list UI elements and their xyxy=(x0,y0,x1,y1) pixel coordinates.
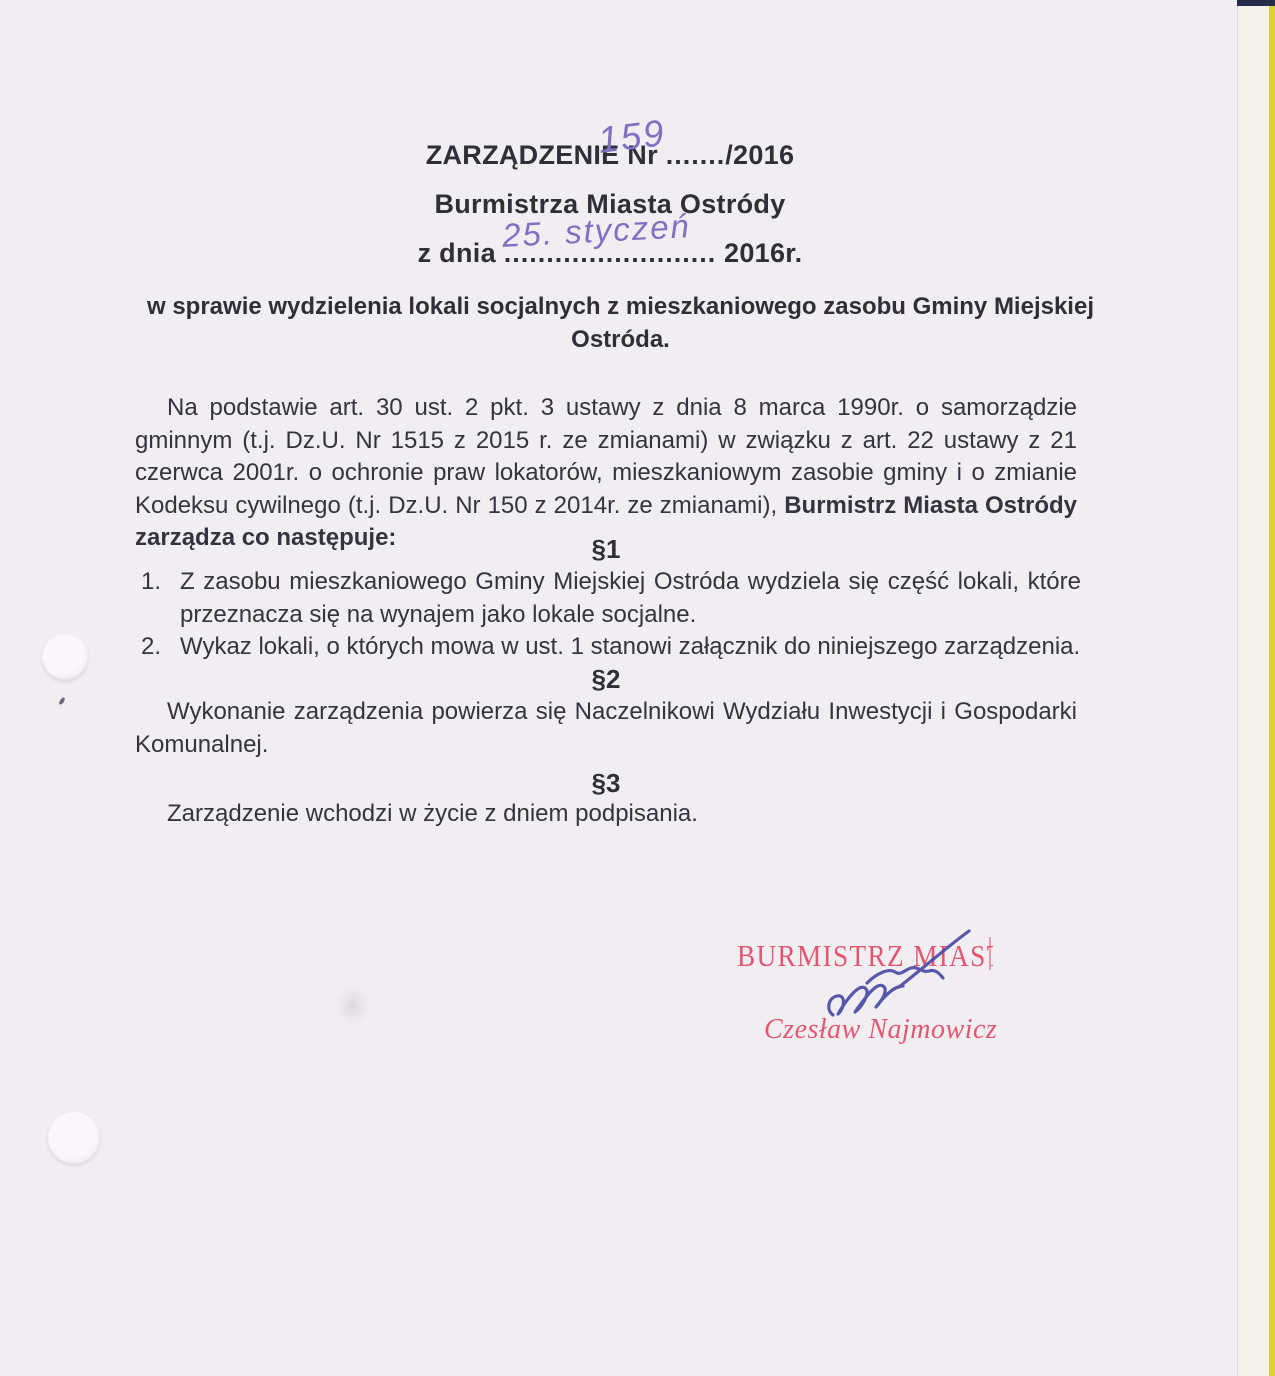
mayor-name-stamp: Czesław Najmowicz xyxy=(764,1014,997,1046)
section-2-heading: §2 xyxy=(135,664,1077,695)
section-3-heading: §3 xyxy=(135,768,1077,799)
list-item: 1. Z zasobu mieszkaniowego Gminy Miejski… xyxy=(135,566,1081,631)
signature-scribble xyxy=(815,925,985,1025)
subject-line: w sprawie wydzielenia lokali socjalnych … xyxy=(128,290,1113,356)
title-number-dots: ....... xyxy=(666,140,726,170)
list-item-number: 2. xyxy=(135,631,180,664)
stamp-clip-edge xyxy=(989,937,991,970)
scanned-document-page: ZARZĄDZENIE Nr ......./2016 Burmistrza M… xyxy=(0,0,1275,1376)
document-content: ZARZĄDZENIE Nr ......./2016 Burmistrza M… xyxy=(0,0,1237,1376)
section-1-list: 1. Z zasobu mieszkaniowego Gminy Miejski… xyxy=(135,566,1081,664)
date-prefix: z dnia xyxy=(418,238,504,268)
date-year: 2016r. xyxy=(716,238,802,268)
legal-basis-paragraph: Na podstawie art. 30 ust. 2 pkt. 3 ustaw… xyxy=(135,392,1077,555)
handwritten-order-number: 159 xyxy=(596,112,668,162)
list-item-text: Wykaz lokali, o których mowa w ust. 1 st… xyxy=(180,631,1081,664)
section-3-paragraph: Zarządzenie wchodzi w życie z dniem podp… xyxy=(135,798,1077,831)
ink-speck xyxy=(58,697,65,706)
scan-edge-yellow-line xyxy=(1269,0,1275,1376)
list-item-number: 1. xyxy=(135,566,180,631)
list-item-text: Z zasobu mieszkaniowego Gminy Miejskiej … xyxy=(180,566,1081,631)
section-2-paragraph: Wykonanie zarządzenia powierza się Nacze… xyxy=(135,696,1077,761)
title-year: /2016 xyxy=(725,140,794,170)
list-item: 2. Wykaz lokali, o których mowa w ust. 1… xyxy=(135,631,1081,664)
section-1-heading: §1 xyxy=(135,534,1077,565)
punch-hole xyxy=(48,1112,100,1164)
scan-edge-navy-strip xyxy=(1237,0,1275,6)
punch-hole xyxy=(42,634,88,680)
paper-smudge xyxy=(336,986,370,1026)
